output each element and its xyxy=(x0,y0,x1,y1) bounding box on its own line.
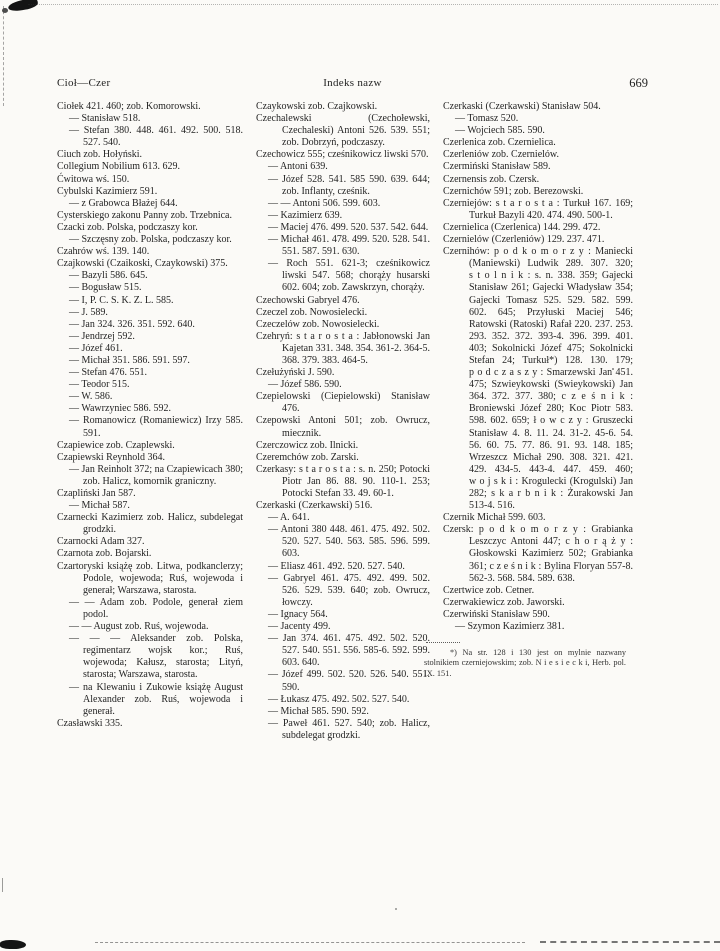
index-entry: — Romanowicz (Romaniewicz) Irzy 585. 591… xyxy=(57,415,243,439)
index-entry: Czerleniów zob. Czernielów. xyxy=(443,149,633,161)
index-entry: Czacki zob. Polska, podczaszy kor. xyxy=(57,222,243,234)
scan-smudge-bottom-left xyxy=(0,940,26,949)
footnote: *) Na str. 128 i 130 jest on mylnie nazw… xyxy=(424,642,626,679)
index-entry: — Wawrzyniec 586. 592. xyxy=(57,403,243,415)
scanned-book-page: Cioł—Czer Indeks nazw 669 Ciołek 421. 46… xyxy=(0,0,720,951)
scan-edge-line-left xyxy=(3,6,4,106)
index-entry: Collegium Nobilium 613. 629. xyxy=(57,161,243,173)
index-entry: — W. 586. xyxy=(57,391,243,403)
scan-smudge-top-left xyxy=(7,0,38,13)
scan-edge-line-bottom-left xyxy=(95,942,525,943)
index-entry: — Roch 551. 621-3; cześnikowicz liwski 5… xyxy=(256,258,430,294)
index-entry: — Józef 461. xyxy=(57,343,243,355)
index-column-3: Czerkaski (Czerkawski) Stanisław 504.— T… xyxy=(443,101,633,679)
index-entry: — Wojciech 585. 590. xyxy=(443,125,633,137)
page-number: 669 xyxy=(629,76,648,91)
index-entry: Ciołek 421. 460; zob. Komorowski. xyxy=(57,101,243,113)
index-entry: — Kazimierz 639. xyxy=(256,210,430,222)
index-entry: — Michał 585. 590. 592. xyxy=(256,706,430,718)
index-entry: Czernielów (Czerleniów) 129. 237. 471. xyxy=(443,234,633,246)
index-entry: — Jacenty 499. xyxy=(256,621,430,633)
index-entry: Czechalewski (Czechołewski, Czechaleski)… xyxy=(256,113,430,149)
running-head: Cioł—Czer Indeks nazw 669 xyxy=(57,77,648,93)
index-entry: — na Klewaniu i Zukowie książę August Al… xyxy=(57,682,243,718)
scan-smudge-top-left-small xyxy=(2,8,8,13)
index-entry: Czeczelów zob. Nowosielecki. xyxy=(256,319,430,331)
index-entry: — Bogusław 515. xyxy=(57,282,243,294)
index-entry: Czehryń: s t a r o s t a : Jabłonowski J… xyxy=(256,331,430,367)
index-entry: Czajkowski (Czaikoski, Czaykowski) 375. xyxy=(57,258,243,270)
index-entry: Czarnecki Kazimierz zob. Halicz, subdele… xyxy=(57,512,243,536)
index-entry: — I, P. C. S. K. Z. L. 585. xyxy=(57,295,243,307)
index-entry: — Jendrzej 592. xyxy=(57,331,243,343)
index-entry: — — Adam zob. Podole, generał ziem podol… xyxy=(57,597,243,621)
index-entry: Czerwiński Stanisław 590. xyxy=(443,609,633,621)
running-head-title: Indeks nazw xyxy=(57,77,648,89)
index-column-3-entries: Czerkaski (Czerkawski) Stanisław 504.— T… xyxy=(443,101,633,633)
index-entry: — Stefan 380. 448. 461. 492. 500. 518. 5… xyxy=(57,125,243,149)
index-entry: — Michał 587. xyxy=(57,500,243,512)
index-entry: Czahrów wś. 139. 140. xyxy=(57,246,243,258)
index-entry: Ciuch zob. Hołyński. xyxy=(57,149,243,161)
index-column-2: Czaykowski zob. Czajkowski.Czechalewski … xyxy=(256,101,430,742)
index-entry: — Stefan 476. 551. xyxy=(57,367,243,379)
index-entry: — Józef 586. 590. xyxy=(256,379,430,391)
scan-edge-line-top xyxy=(28,4,718,5)
index-entry: — Jan 324. 326. 351. 592. 640. xyxy=(57,319,243,331)
index-entry: Czeczel zob. Nowosielecki. xyxy=(256,307,430,319)
index-entry: — Maciej 476. 499. 520. 537. 542. 644. xyxy=(256,222,430,234)
index-entry: — z Grabowca Błażej 644. xyxy=(57,198,243,210)
index-entry: Czersk: p o d k o m o r z y : Grabianka … xyxy=(443,524,633,584)
index-entry: — — Antoni 506. 599. 603. xyxy=(256,198,430,210)
index-entry: Czasławski 335. xyxy=(57,718,243,730)
index-entry: Czerkaski (Czerkawski) 516. xyxy=(256,500,430,512)
index-entry: Cybulski Kazimierz 591. xyxy=(57,186,243,198)
index-entry: — — — Aleksander zob. Polska, regimentar… xyxy=(57,633,243,681)
index-entry: Czaykowski zob. Czajkowski. xyxy=(256,101,430,113)
index-column-1: Ciołek 421. 460; zob. Komorowski.— Stani… xyxy=(57,101,243,730)
index-entry: Czermiński Stanisław 589. xyxy=(443,161,633,173)
index-entry: — Eliasz 461. 492. 520. 527. 540. xyxy=(256,561,430,573)
index-entry: — Antoni 639. xyxy=(256,161,430,173)
index-entry: — Michał 461. 478. 499. 520. 528. 541. 5… xyxy=(256,234,430,258)
index-entry: Czartoryski książę zob. Litwa, podkancle… xyxy=(57,561,243,597)
index-entry: Czerkaski (Czerkawski) Stanisław 504. xyxy=(443,101,633,113)
index-entry: Czerkasy: s t a r o s t a : s. n. 250; P… xyxy=(256,464,430,500)
footnote-text: *) Na str. 128 i 130 jest on mylnie nazw… xyxy=(424,648,626,679)
index-entry: — Józef 499. 502. 520. 526. 540. 551. 59… xyxy=(256,669,430,693)
index-entry: Czertwice zob. Cetner. xyxy=(443,585,633,597)
index-entry: Ćwitowa wś. 150. xyxy=(57,174,243,186)
index-entry: — Teodor 515. xyxy=(57,379,243,391)
index-entry: — Tomasz 520. xyxy=(443,113,633,125)
index-entry: Czerwakiewicz zob. Jaworski. xyxy=(443,597,633,609)
index-entry: — Józef 528. 541. 585 590. 639. 644; zob… xyxy=(256,174,430,198)
index-entry: — Bazyli 586. 645. xyxy=(57,270,243,282)
index-entry: — Łukasz 475. 492. 502. 527. 540. xyxy=(256,694,430,706)
index-entry: — Stanisław 518. xyxy=(57,113,243,125)
index-entry: Czapiewski Reynhold 364. xyxy=(57,452,243,464)
index-entry: — Jan Reinholt 372; na Czapiewicach 380;… xyxy=(57,464,243,488)
footnote-separator xyxy=(426,642,460,643)
index-entry: — Gabryel 461. 475. 492. 499. 502. 526. … xyxy=(256,573,430,609)
index-entry: Czerczowicz zob. Ilnicki. xyxy=(256,440,430,452)
index-entry: — Antoni 380 448. 461. 475. 492. 502. 52… xyxy=(256,524,430,560)
index-entry: Czernik Michał 599. 603. xyxy=(443,512,633,524)
index-entry: — Szczęsny zob. Polska, podczaszy kor. xyxy=(57,234,243,246)
index-entry: Czarnota zob. Bojarski. xyxy=(57,548,243,560)
index-entry: — — August zob. Ruś, wojewoda. xyxy=(57,621,243,633)
index-entry: Czeremchów zob. Zarski. xyxy=(256,452,430,464)
index-entry: — A. 641. xyxy=(256,512,430,524)
index-entry: Czepowski Antoni 501; zob. Owrucz, miecz… xyxy=(256,415,430,439)
index-entry: Czernensis zob. Czersk. xyxy=(443,174,633,186)
index-entry: — Ignacy 564. xyxy=(256,609,430,621)
index-entry: Czernielica (Czerlenica) 144. 299. 472. xyxy=(443,222,633,234)
index-entry: Czarnocki Adam 327. xyxy=(57,536,243,548)
index-entry: Czerlenica zob. Czernielica. xyxy=(443,137,633,149)
scan-edge-tick-left xyxy=(2,878,3,892)
index-columns: Ciołek 421. 460; zob. Komorowski.— Stani… xyxy=(57,101,633,861)
index-entry: Czechowicz 555; cześnikowicz liwski 570. xyxy=(256,149,430,161)
index-entry: — Jan 374. 461. 475. 492. 502. 520. 527.… xyxy=(256,633,430,669)
index-entry: Czełużyński J. 590. xyxy=(256,367,430,379)
index-entry: — Paweł 461. 527. 540; zob. Halicz, subd… xyxy=(256,718,430,742)
index-entry: Czerniejów: s t a r o s t a : Turkuł 167… xyxy=(443,198,633,222)
index-entry: Czapliński Jan 587. xyxy=(57,488,243,500)
index-entry: Czernihów: p o d k o m o r z y : Manieck… xyxy=(443,246,633,512)
index-entry: Cysterskiego zakonu Panny zob. Trzebnica… xyxy=(57,210,243,222)
scan-speck xyxy=(395,908,397,910)
index-entry: — Michał 351. 586. 591. 597. xyxy=(57,355,243,367)
index-entry: — Szymon Kazimierz 381. xyxy=(443,621,633,633)
index-entry: Czepielowski (Ciepielowski) Stanisław 47… xyxy=(256,391,430,415)
index-entry: Czechowski Gabryel 476. xyxy=(256,295,430,307)
index-entry: Czapiewice zob. Czaplewski. xyxy=(57,440,243,452)
index-entry: — J. 589. xyxy=(57,307,243,319)
index-entry: Czernichów 591; zob. Berezowski. xyxy=(443,186,633,198)
scan-edge-line-bottom-right xyxy=(540,941,720,943)
